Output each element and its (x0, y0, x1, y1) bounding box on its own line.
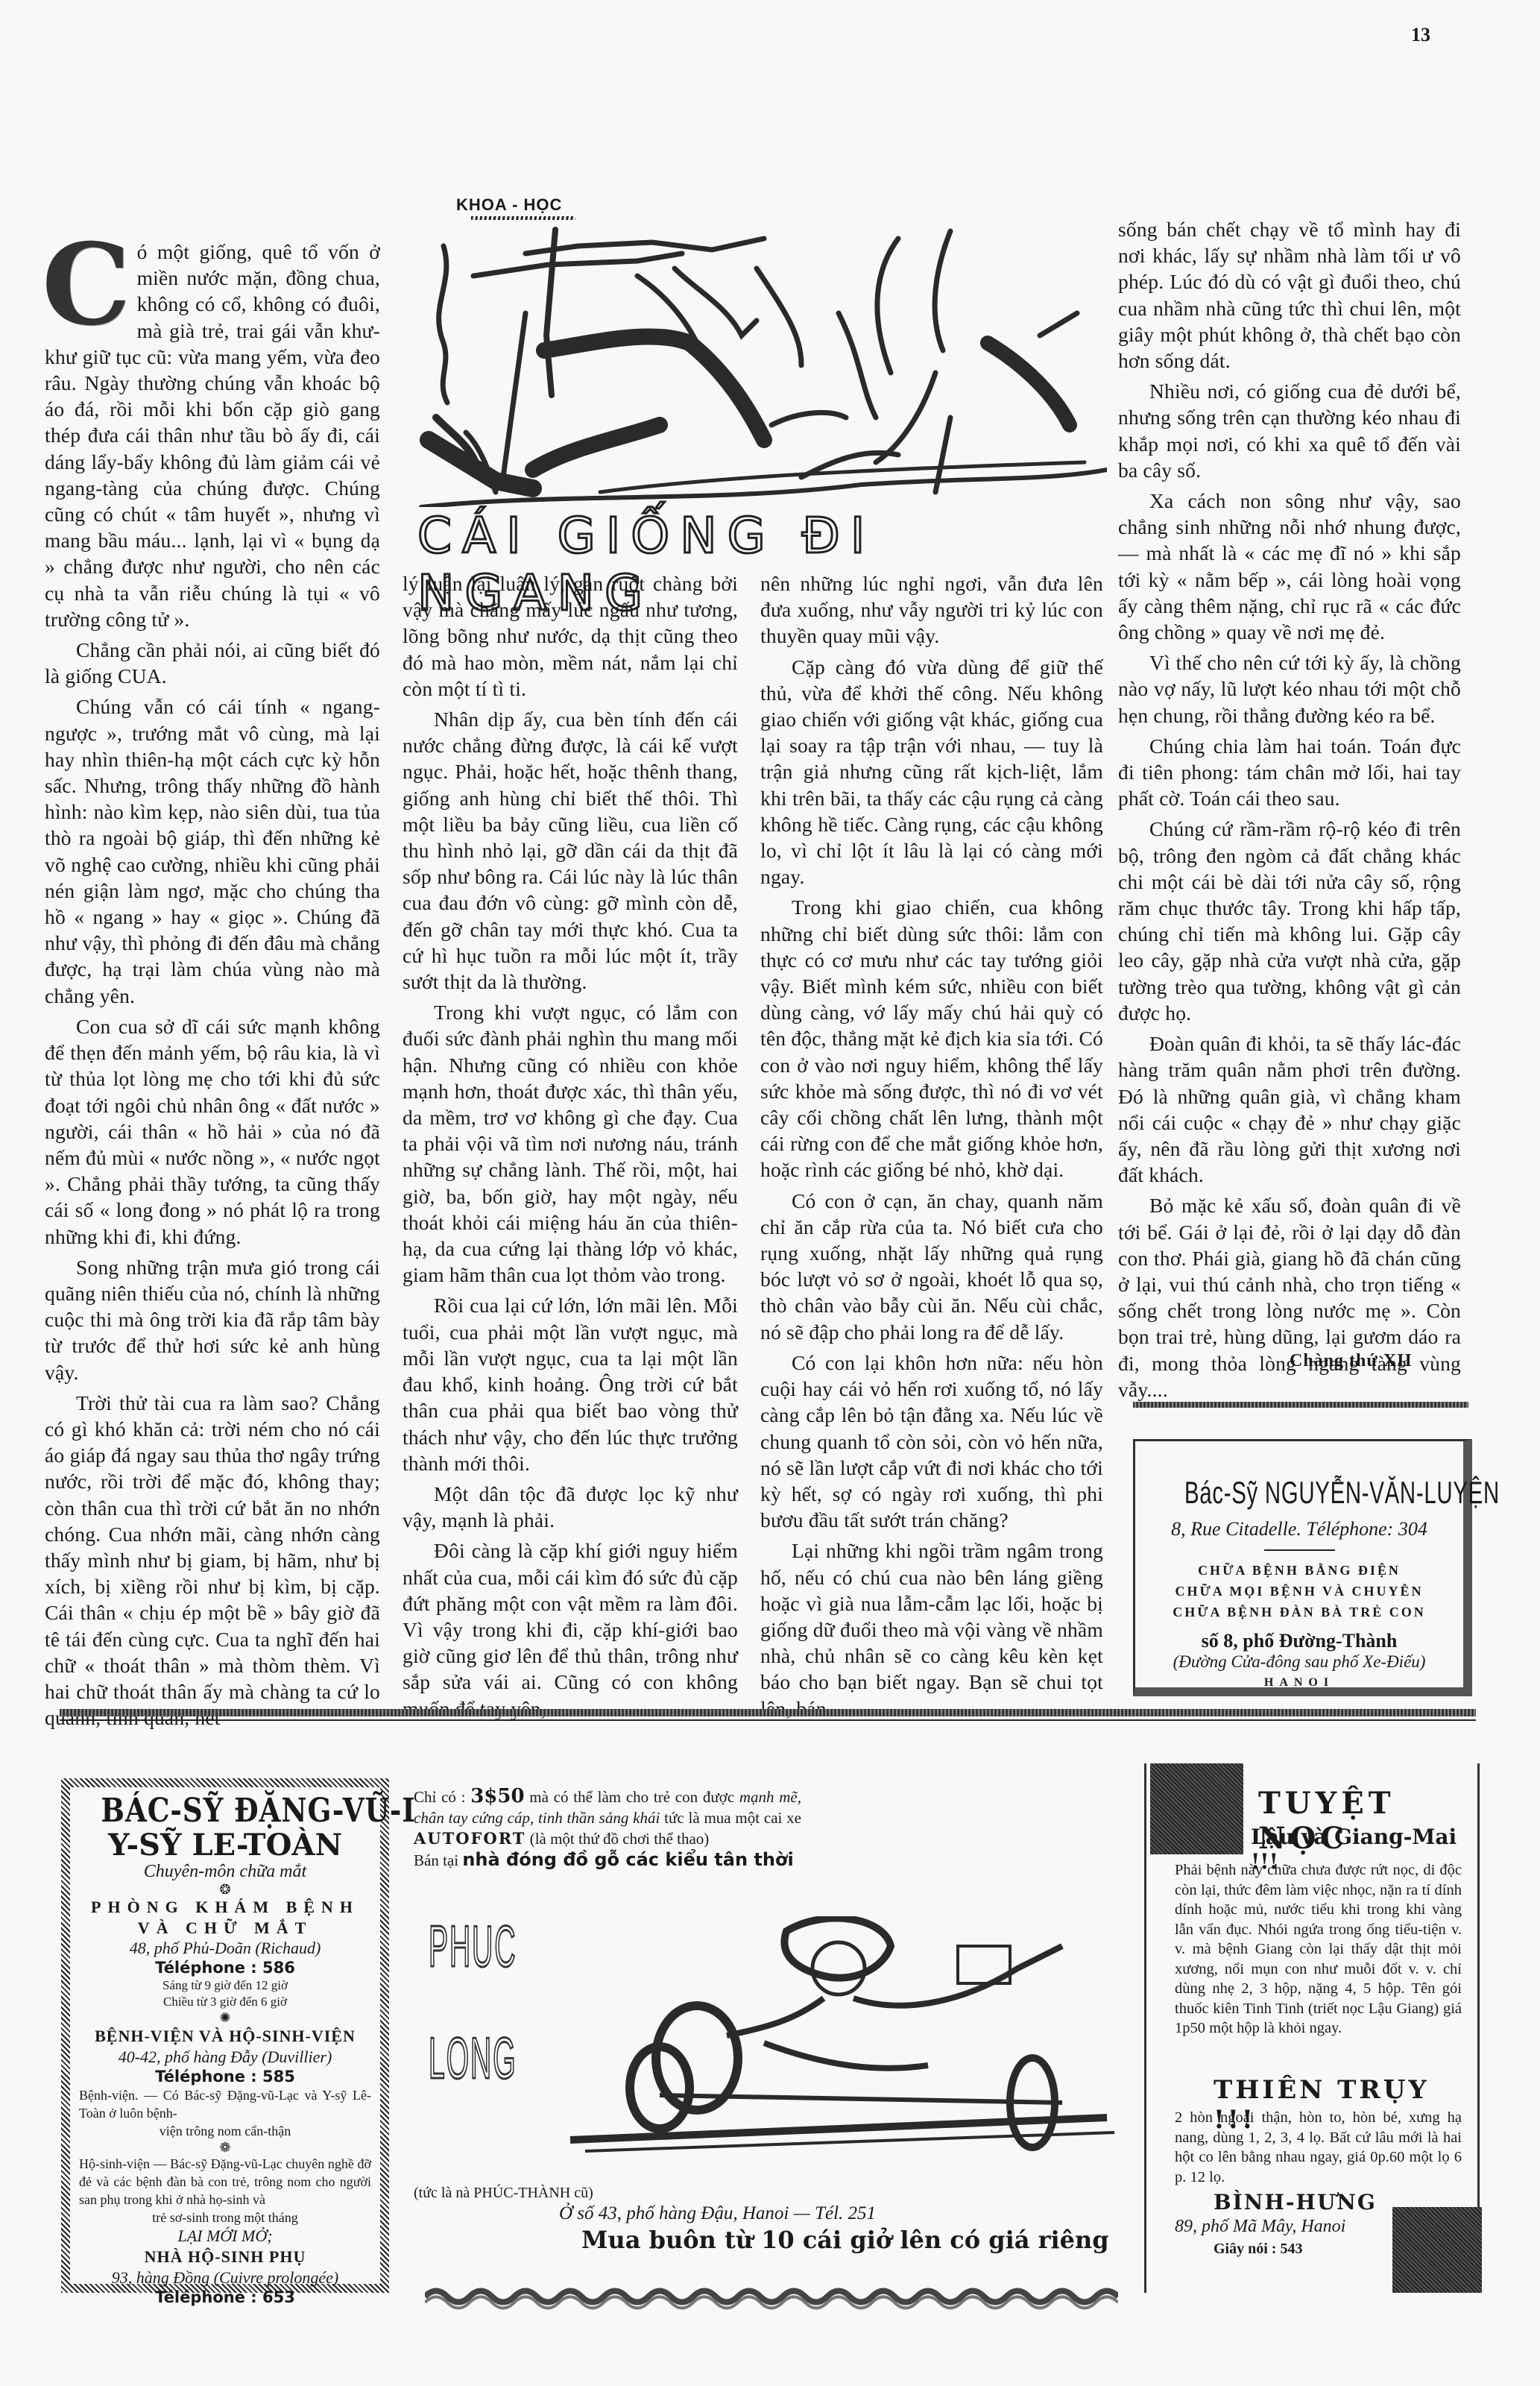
paragraph: Có con lại khôn hơn nữa: nếu hòn cuội ha… (760, 1350, 1103, 1533)
ad-announcement: LẠI MỚI MỞ; (79, 2226, 371, 2246)
ad-lead-text: tức là mua một cai xe (660, 1809, 801, 1827)
paragraph: Vì thế cho nên cứ tới kỳ ấy, là chồng nà… (1118, 649, 1461, 728)
ad-lead: Chỉ có : 3$50 mà có thể làm cho trẻ con … (414, 1786, 801, 1871)
column-divider (1133, 1402, 1468, 1408)
ad-address: 8, Rue Citadelle. Téléphone: 304 (1135, 1518, 1463, 1540)
paragraph: Có con ở cạn, ăn chay, quanh năm chỉ ăn … (760, 1188, 1103, 1345)
article-column-4: sống bán chết chạy về tổ mình hay đi nơi… (1118, 216, 1461, 1407)
paragraph: Rồi cua lại cứ lớn, lớn mãi lên. Mỗi tuổ… (403, 1292, 738, 1476)
paragraph: Cặp càng đó vừa dùng để giữ thế thủ, vừa… (760, 654, 1103, 890)
paragraph: nên những lúc nghỉ ngơi, vẫn đưa lên đưa… (760, 570, 1103, 649)
ad-phone: Téléphone : 653 (79, 2288, 371, 2307)
ad-phone: Téléphone : 585 (79, 2067, 371, 2086)
ad-service: CHỮA BỆNH BẰNG ĐIỆN (1135, 1560, 1463, 1581)
page-divider-line (60, 1719, 1476, 1721)
ad-note: (Đường Cửa-đông sau phố Xe-Điếu) (1135, 1652, 1463, 1672)
paragraph: Đôi càng là cặp khí giới nguy hiểm nhất … (403, 1537, 738, 1721)
ad-title: BÁC-SỸ ĐẶNG-VŨ-LẠC (101, 1793, 349, 1829)
paragraph: Chúng chia làm hai toán. Toán đực đi tiê… (1118, 733, 1461, 812)
paragraph: Chúng vẫn có cái tính « ngang-ngược », t… (45, 693, 380, 1008)
paragraph: Trời thử tài cua ra làm sao? Chẳng có gì… (45, 1390, 380, 1731)
ad-title: Bác-Sỹ NGUYỄN-VĂN-LUYỆN (1184, 1475, 1414, 1511)
paragraph: Nhân dịp ấy, cua bèn tính đến cái nước c… (403, 706, 738, 995)
ad-phone: Giây nói : 543 (1214, 2241, 1302, 2258)
ad-hours: Chiều từ 3 giờ đến 6 giờ (79, 1994, 371, 2010)
wave-border-icon (425, 2282, 1118, 2311)
child-on-cart-illustration-icon (540, 1916, 1129, 2162)
ornament-icon: ❂ (79, 1882, 371, 1897)
ad-lead-text: (là một thứ đồ chơi thể thao) (526, 1830, 709, 1848)
ad-binh-hung: TUYỆT NỌC Lậu và Giang-Mai !!! Phải bệnh… (1144, 1763, 1480, 2293)
ad-service: CHỮA MỌI BỆNH VÀ CHUYÊN (1135, 1581, 1463, 1602)
paragraph: Một dân tộc đã được lọc kỹ như vậy, mạnh… (403, 1481, 738, 1533)
section-label: KHOA - HỌC (456, 195, 562, 215)
paragraph: Đoàn quân đi khỏi, ta sẽ thấy lác-đác hà… (1118, 1030, 1461, 1188)
ad-lead-text: Chỉ có : (414, 1788, 470, 1806)
ornament-icon: ❁ (79, 2140, 371, 2155)
ad-heading: PHÒNG KHÁM BỆNH (79, 1897, 371, 1918)
paragraph: Trong khi vượt ngục, có lắm con đuối sức… (403, 999, 738, 1288)
ad-title: Y-SỸ LE-TOÀN (79, 1829, 371, 1862)
ad-shop-type: nhà đóng đồ gỗ các kiểu tân thời (462, 1849, 793, 1870)
ad-phuc-long: Chỉ có : 3$50 mà có thể làm cho trẻ con … (414, 1786, 1129, 2233)
ad-body: trẻ sơ-sinh trong một tháng (79, 2209, 371, 2226)
paragraph: Xa cách non sông như vậy, sao chẳng sinh… (1118, 488, 1461, 645)
ad-address: 40-42, phố hàng Đẫy (Duvillier) (79, 2047, 371, 2067)
paragraph: Chẳng cần phải nói, ai cũng biết đó là g… (45, 637, 380, 689)
article-column-3: nên những lúc nghỉ ngơi, vẫn đưa lên đưa… (760, 570, 1103, 1726)
decorative-block-icon (1150, 1763, 1243, 1854)
ad-heading: NHÀ HỘ-SINH PHỤ (79, 2246, 371, 2268)
ad-shop-name: BÌNH-HƯNG (1214, 2190, 1377, 2215)
paragraph: Song những trận mưa gió trong cái quãng … (45, 1254, 380, 1385)
ad-bulk-offer: Mua buôn từ 10 cái giở lên có giá riêng (581, 2226, 1109, 2254)
ad-heading: VÀ CHỮ MẮT (79, 1918, 371, 1939)
ad-dang-vu-lac: BÁC-SỸ ĐẶNG-VŨ-LẠC Y-SỸ LE-TOÀN Chuyên-m… (61, 1778, 389, 2293)
ad-vertical-word: PHUC (429, 1913, 517, 1980)
paragraph: Lại những khi ngồi trầm ngâm trong hố, n… (760, 1537, 1103, 1721)
section-underline (471, 216, 575, 220)
ad-body: Hộ-sinh-viện — Bác-sỹ Đặng-vũ-Lạc chuyên… (79, 2155, 371, 2209)
article-column-2: lý luận lại luận lý, gan ruột chàng bởi … (403, 570, 738, 1726)
ad-brand: AUTOFORT (414, 1829, 526, 1848)
dropcap-letter: C (42, 242, 131, 328)
ad-body: 2 hòn ngoại thận, hòn to, hòn bé, xưng h… (1175, 2108, 1462, 2187)
paragraph: Chúng cứ rầm-rầm rộ-rộ kéo đi trên bộ, t… (1118, 816, 1461, 1026)
article-column-1: C ó một giống, quê tổ vốn ở miền nước mặ… (45, 239, 380, 1735)
ad-hours: Sáng từ 9 giờ đến 12 giờ (79, 1977, 371, 1994)
page-number: 13 (1411, 24, 1430, 46)
ad-specialty: Chuyên-môn chữa mắt (79, 1862, 371, 1882)
ad-rule (1264, 1549, 1335, 1551)
ornament-icon: ✺ (79, 2010, 371, 2025)
ad-lead-text: Bán tại (414, 1851, 462, 1869)
page-divider (60, 1709, 1476, 1716)
author-signature: Chàng thứ XII (1290, 1351, 1413, 1371)
ad-heading: BỆNH-VIỆN VÀ HỘ-SINH-VIỆN (79, 2025, 371, 2047)
paragraph: Nhiều nơi, có giống cua đẻ dưới bể, nhưn… (1118, 378, 1461, 483)
ad-body: viện trông nom cẩn-thận (79, 2122, 371, 2140)
paragraph: Con cua sở dĩ cái sức mạnh không để thẹn… (45, 1013, 380, 1250)
decorative-block-icon (1392, 2207, 1482, 2293)
ad-former-name: (tức là nà PHÚC-THÀNH cũ) (414, 2185, 593, 2202)
ad-address: 93, hàng Đồng (Cuivre prolongée) (79, 2268, 371, 2288)
ad-body: Bệnh-viện. — Có Bác-sỹ Đặng-vũ-Lạc và Y-… (79, 2086, 371, 2122)
ad-body: Phải bệnh này chữa chưa được rứt nọc, di… (1175, 1860, 1462, 2039)
ad-phone: Téléphone : 586 (79, 1958, 371, 1977)
ad-street: số 8, phố Đường-Thành (1135, 1630, 1463, 1652)
ad-address: 48, phố Phủ-Doãn (Richaud) (79, 1939, 371, 1958)
ad-city: HANOI (1135, 1676, 1463, 1690)
ad-lead-text: mà có thể làm cho trẻ con được (525, 1788, 739, 1806)
ad-price: 3$50 (470, 1785, 524, 1807)
paragraph: Trong khi giao chiến, cua không những ch… (760, 894, 1103, 1183)
paragraph: sống bán chết chạy về tổ mình hay đi nơi… (1118, 216, 1461, 374)
ad-address: Ở số 43, phố hàng Đậu, Hanoi — Tél. 251 (559, 2203, 876, 2224)
ad-service: CHỮA BỆNH ĐÀN BÀ TRẺ CON (1135, 1602, 1463, 1622)
ad-address: 89, phố Mã Mây, Hanoi (1175, 2217, 1345, 2237)
crab-illustration-icon (414, 224, 1107, 507)
paragraph: lý luận lại luận lý, gan ruột chàng bởi … (403, 570, 738, 702)
ad-vertical-word: LONG (429, 2024, 517, 2092)
ad-nguyen-van-luyen: Bác-Sỹ NGUYỄN-VĂN-LUYỆN 8, Rue Citadelle… (1133, 1439, 1472, 1696)
